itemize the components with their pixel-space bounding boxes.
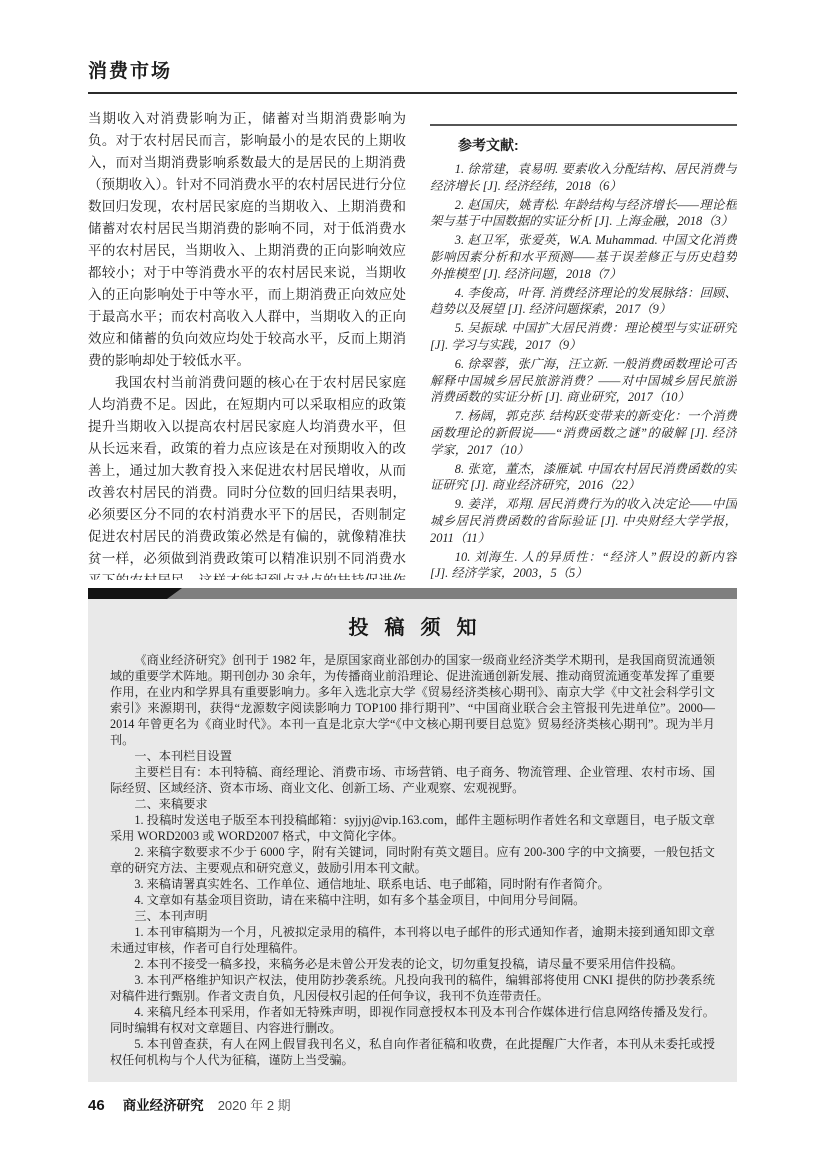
article-text-column: 当期收入对消费影响为正，储蓄对当期消费影响为负。对于农村居民而言，影响最小的是农… (88, 108, 406, 580)
reference-item: 10. 刘海生. 人的异质性：“经济人”假设的新内容 [J]. 经济学家，200… (430, 549, 737, 580)
header-rule (88, 92, 737, 94)
reference-item: 2. 赵国庆，姚青松. 年龄结构与经济增长——理论框架与基于中国数据的实证分析 … (430, 197, 737, 231)
reference-item: 4. 李俊高，叶胥. 消费经济理论的发展脉络：回顾、趋势以及展望 [J]. 经济… (430, 285, 737, 319)
notice-item: 1. 投稿时发送电子版至本刊投稿邮箱：syjjyj@vip.163.com，邮件… (110, 812, 715, 844)
notice-item: 4. 来稿凡经本刊采用，作者如无特殊声明，即视作同意授权本刊及本刊合作媒体进行信… (110, 1004, 715, 1036)
page-number: 46 (88, 1097, 105, 1114)
page-header: 消费市场 (88, 58, 737, 94)
notice-box: 投稿须知 《商业经济研究》创刊于 1982 年，是原国家商业部创办的国家一级商业… (88, 599, 737, 1082)
reference-item: 8. 张宽，董杰，漆雁斌. 中国农村居民消费函数的实证研究 [J]. 商业经济研… (430, 461, 737, 495)
notice-item: 4. 文章如有基金项目资助，请在来稿中注明，如有多个基金项目，中间用分号间隔。 (110, 892, 715, 908)
reference-item: 6. 徐翠蓉，张广海，汪立新. 一般消费函数理论可否解释中国城乡居民旅游消费？—… (430, 356, 737, 406)
notice-title: 投稿须知 (110, 615, 715, 641)
notice-item: 5. 本刊曾查获，有人在网上假冒我刊名义，私自向作者征稿和收费，在此提醒广大作者… (110, 1036, 715, 1068)
article-columns: 当期收入对消费影响为正，储蓄对当期消费影响为负。对于农村居民而言，影响最小的是农… (88, 108, 737, 580)
notice-section-heading: 三、本刊声明 (110, 908, 715, 924)
notice-section-heading: 二、来稿要求 (110, 796, 715, 812)
notice-item: 3. 本刊严格维护知识产权法，使用防抄袭系统。凡投向我刊的稿件，编辑部将使用 C… (110, 972, 715, 1004)
journal-page: 消费市场 当期收入对消费影响为正，储蓄对当期消费影响为负。对于农村居民而言，影响… (0, 0, 827, 1160)
section-label: 消费市场 (88, 58, 737, 85)
reference-item: 3. 赵卫军，张爱英，W.A. Muhammad. 中国文化消费影响因素分析和水… (430, 232, 737, 282)
article-paragraph: 当期收入对消费影响为正，储蓄对当期消费影响为负。对于农村居民而言，影响最小的是农… (88, 108, 406, 372)
reference-item: 1. 徐常建，袁易明. 要素收入分配结构、居民消费与经济增长 [J]. 经济经纬… (430, 161, 737, 195)
notice-item: 2. 来稿字数要求不少于 6000 字，附有关键词，同时附有英文题目。应有 20… (110, 844, 715, 876)
notice-item: 3. 来稿请署真实姓名、工作单位、通信地址、联系电话、电子邮箱，同时附有作者简介… (110, 876, 715, 892)
references-column: 参考文献: 1. 徐常建，袁易明. 要素收入分配结构、居民消费与经济增长 [J]… (430, 108, 737, 580)
page-footer: 46 商业经济研究 2020 年 2 期 (88, 1094, 291, 1114)
reference-item: 9. 姜洋，邓翔. 居民消费行为的收入决定论——中国城乡居民消费函数的省际验证 … (430, 496, 737, 546)
notice-item: 1. 本刊审稿期为一个月，凡被拟定录用的稿件，本刊将以电子邮件的形式通知作者，逾… (110, 924, 715, 956)
notice-intro: 《商业经济研究》创刊于 1982 年，是原国家商业部创办的国家一级商业经济类学术… (110, 652, 715, 748)
article-paragraph: 我国农村当前消费问题的核心在于农村居民家庭人均消费不足。因此，在短期内可以采取相… (88, 372, 406, 580)
references-heading: 参考文献: (430, 135, 737, 155)
submission-notice-section: 投稿须知 《商业经济研究》创刊于 1982 年，是原国家商业部创办的国家一级商业… (88, 588, 737, 1082)
reference-item: 7. 杨阔，郭克莎. 结构跃变带来的新变化：一个消费函数理论的新假说——“消费函… (430, 408, 737, 458)
journal-name: 商业经济研究 (123, 1094, 204, 1114)
notice-top-bar (88, 588, 737, 599)
issue-label: 2020 年 2 期 (218, 1095, 291, 1114)
notice-bar-black-segment (88, 588, 182, 599)
reference-item: 5. 吴振球. 中国扩大居民消费：理论模型与实证研究 [J]. 学习与实践，20… (430, 320, 737, 354)
references-box: 参考文献: 1. 徐常建，袁易明. 要素收入分配结构、居民消费与经济增长 [J]… (430, 124, 737, 580)
notice-section-heading: 一、本刊栏目设置 (110, 748, 715, 764)
notice-item: 主要栏目有：本刊特稿、商经理论、消费市场、市场营销、电子商务、物流管理、企业管理… (110, 764, 715, 796)
notice-item: 2. 本刊不接受一稿多投，来稿务必是未曾公开发表的论文，切勿重复投稿，请尽量不要… (110, 956, 715, 972)
